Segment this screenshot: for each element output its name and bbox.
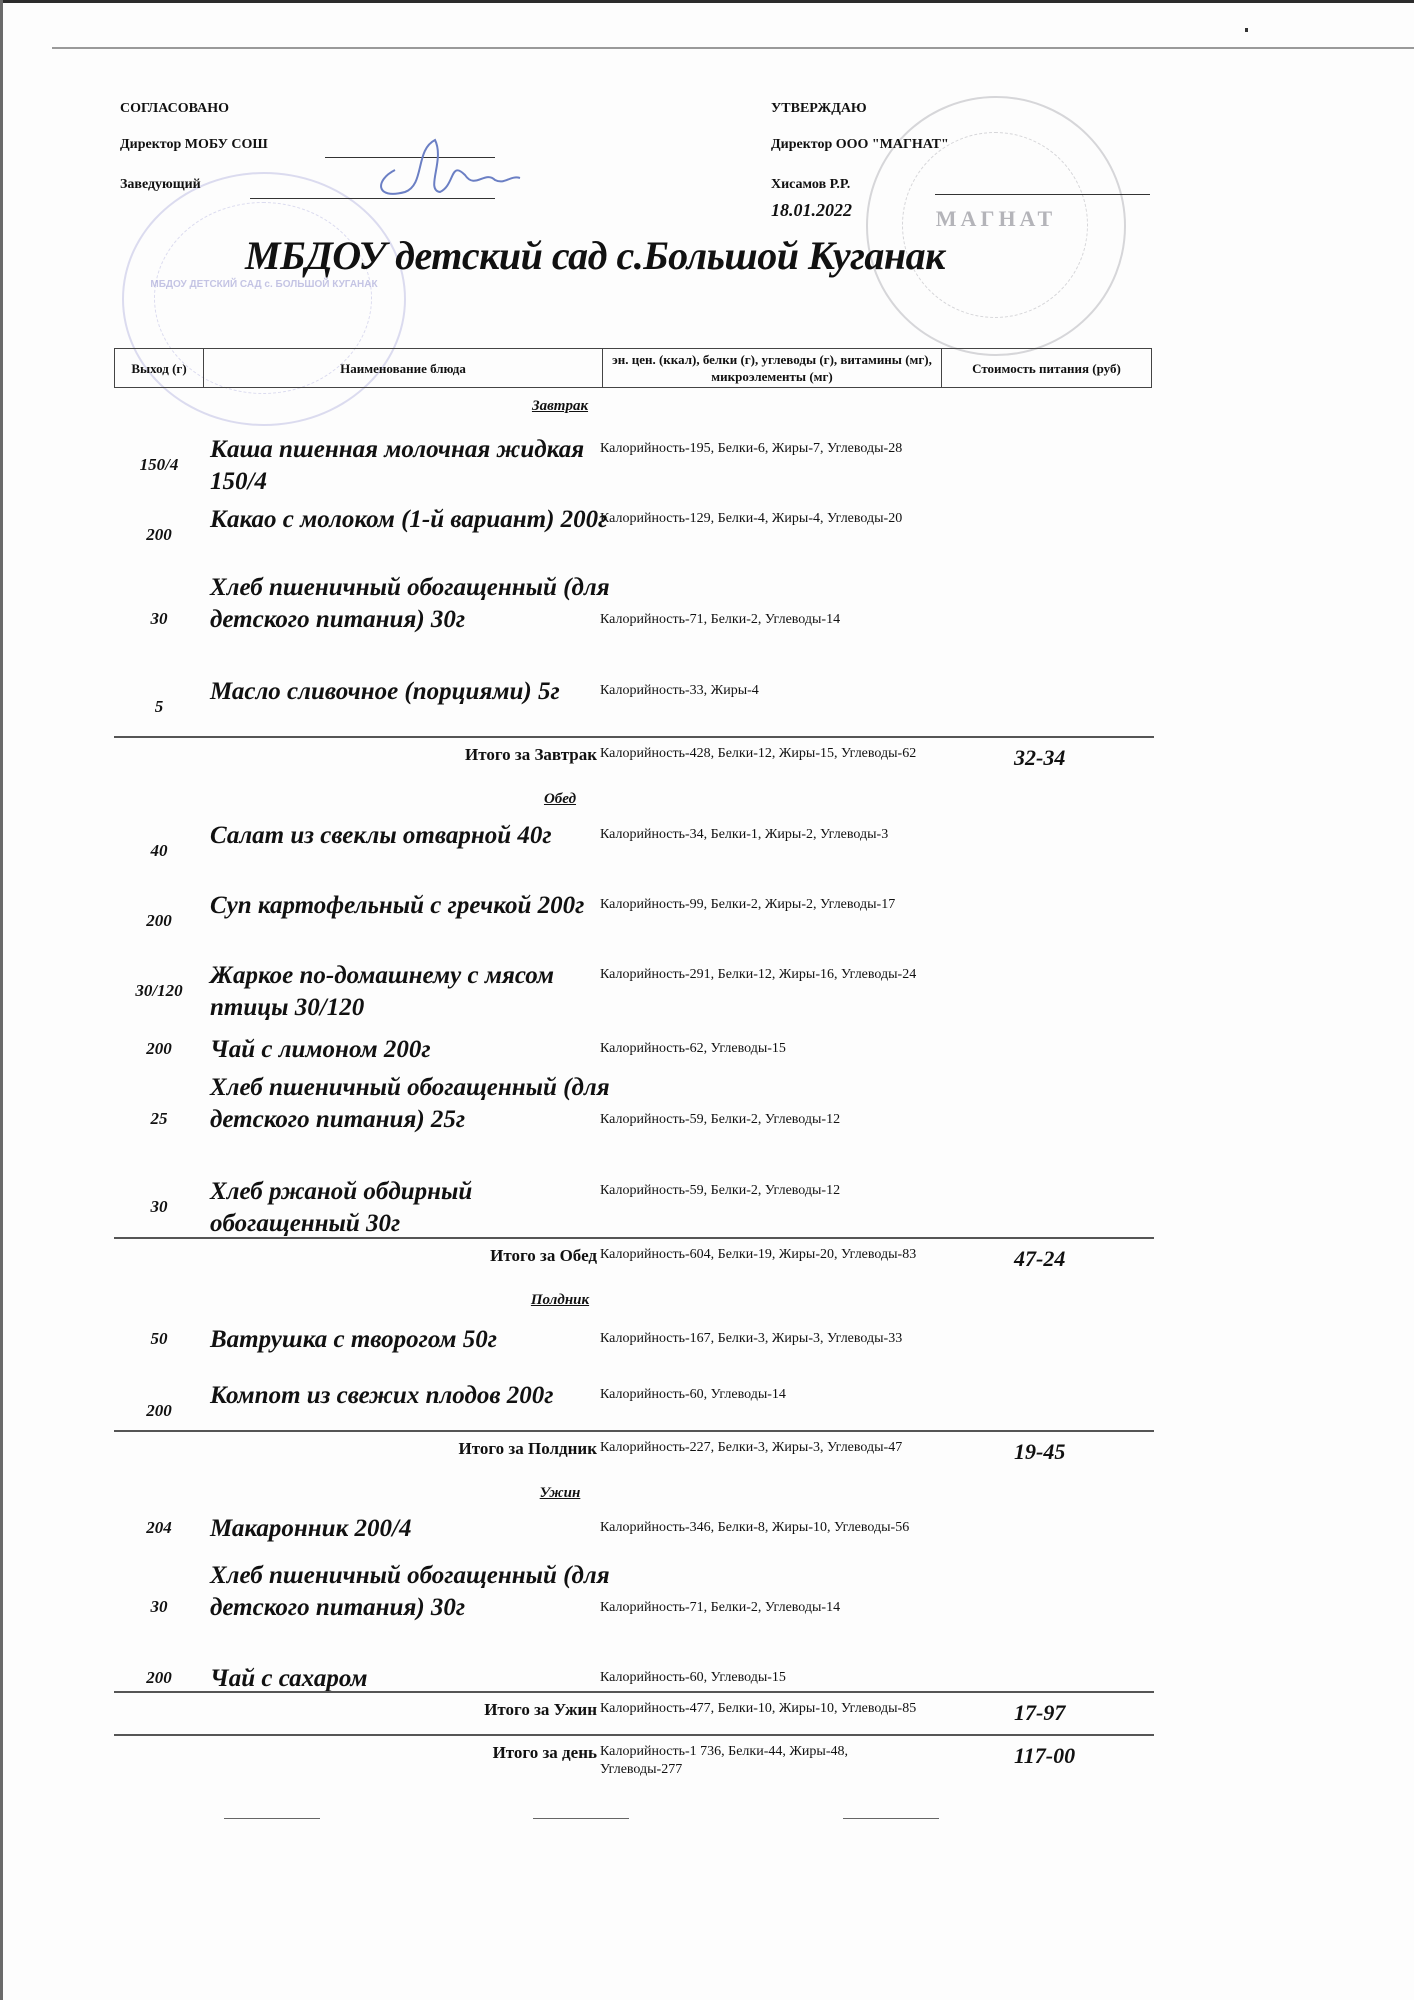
approval-left-line2: Заведующий (120, 177, 201, 193)
stamp-right-text: МАГНАТ (868, 206, 1124, 232)
section-divider (114, 1430, 1154, 1432)
signature-line (935, 194, 1150, 195)
approval-right-line1: Директор ООО "МАГНАТ" (771, 137, 949, 153)
section-total-label: Итого за Завтрак (297, 745, 597, 765)
menu-item-row: 30Хлеб пшеничный обогащенный (для детско… (114, 1560, 1152, 1656)
col-cost-header: Стоимость питания (руб) (942, 349, 1152, 388)
item-dish-name: Масло сливочное (порциями) 5г (210, 676, 610, 708)
footer-line (533, 1818, 629, 1819)
item-nutrition: Калорийность-60, Углеводы-15 (600, 1669, 920, 1687)
approval-right-heading: УТВЕРЖДАЮ (771, 101, 867, 117)
section-heading: Завтрак (460, 398, 660, 415)
menu-item-row: 200 Суп картофельный с гречкой 200гКалор… (114, 890, 1152, 954)
section-divider (114, 1237, 1154, 1239)
section-total-cost: 32-34 (1014, 745, 1134, 771)
item-nutrition: Калорийность-59, Белки-2, Углеводы-12 (600, 1111, 920, 1129)
item-dish-name: Хлеб пшеничный обогащенный (для детского… (210, 1072, 610, 1136)
col-nutrition-header: эн. цен. (ккал), белки (г), углеводы (г)… (603, 349, 942, 388)
scan-top-edge (0, 0, 1414, 3)
menu-item-row: 200Чай с лимоном 200гКалорийность-62, Уг… (114, 1034, 1152, 1066)
item-quantity: 30 (114, 609, 204, 629)
stamp-right: МАГНАТ (866, 96, 1126, 356)
menu-item-row: 25Хлеб пшеничный обогащенный (для детско… (114, 1072, 1152, 1168)
item-quantity: 200 (114, 1401, 204, 1421)
section-heading: Полдник (460, 1292, 660, 1309)
menu-item-row: 200Компот из свежих плодов 200гКалорийно… (114, 1380, 1152, 1444)
item-quantity: 30 (114, 1597, 204, 1617)
item-quantity: 200 (114, 525, 204, 545)
item-quantity: 40 (114, 841, 204, 861)
item-dish-name: Салат из свеклы отварной 40г (210, 820, 610, 852)
footer-line (843, 1818, 939, 1819)
day-total-row: Итого за деньКалорийность-1 736, Белки-4… (114, 1743, 1152, 1783)
signature-scribble (365, 130, 525, 205)
approval-date: 18.01.2022 (771, 200, 852, 221)
menu-item-row: 204Макаронник 200/4Калорийность-346, Бел… (114, 1513, 1152, 1545)
menu-item-row: 200Какао с молоком (1-й вариант) 200гКал… (114, 504, 1152, 568)
footer-line (224, 1818, 320, 1819)
section-total-label: Итого за Обед (297, 1246, 597, 1266)
item-quantity: 200 (114, 1039, 204, 1059)
day-total-nutrition: Калорийность-1 736, Белки-44, Жиры-48, У… (600, 1743, 920, 1779)
scan-speck (1245, 28, 1248, 32)
section-total-nutrition: Калорийность-477, Белки-10, Жиры-10, Угл… (600, 1700, 920, 1718)
item-dish-name: Ватрушка с творогом 50г (210, 1324, 610, 1356)
scan-left-edge (0, 0, 3, 2000)
menu-item-row: 5Масло сливочное (порциями) 5гКалорийнос… (114, 676, 1152, 740)
item-quantity: 150/4 (114, 455, 204, 475)
section-heading: Ужин (460, 1485, 660, 1502)
item-quantity: 50 (114, 1329, 204, 1349)
item-dish-name: Хлеб пшеничный обогащенный (для детского… (210, 1560, 610, 1624)
day-divider (114, 1734, 1154, 1736)
item-quantity: 30/120 (114, 981, 204, 1001)
section-divider (114, 1691, 1154, 1693)
approval-left-line1: Директор МОБУ СОШ (120, 137, 268, 153)
section-total-label: Итого за Ужин (297, 1700, 597, 1720)
document-title: МБДОУ детский сад с.Большой Куганак (245, 232, 945, 279)
approval-right-line2: Хисамов Р.Р. (771, 177, 850, 193)
day-total-cost: 117-00 (1014, 1743, 1134, 1769)
item-quantity: 30 (114, 1197, 204, 1217)
menu-table-header: Выход (г) Наименование блюда эн. цен. (к… (114, 348, 1152, 388)
section-total-cost: 17-97 (1014, 1700, 1134, 1726)
menu-item-row: 30Хлеб ржаной обдирный обогащенный 30гКа… (114, 1176, 1152, 1240)
section-total-nutrition: Калорийность-428, Белки-12, Жиры-15, Угл… (600, 745, 920, 763)
section-total-row: Итого за ОбедКалорийность-604, Белки-19,… (114, 1246, 1152, 1286)
item-quantity: 200 (114, 911, 204, 931)
section-total-cost: 47-24 (1014, 1246, 1134, 1272)
section-total-label: Итого за Полдник (297, 1439, 597, 1459)
section-total-nutrition: Калорийность-227, Белки-3, Жиры-3, Углев… (600, 1439, 920, 1457)
section-heading: Обед (460, 791, 660, 808)
section-total-cost: 19-45 (1014, 1439, 1134, 1465)
item-dish-name: Компот из свежих плодов 200г (210, 1380, 610, 1412)
item-dish-name: Хлеб пшеничный обогащенный (для детского… (210, 572, 610, 636)
menu-item-row: 50Ватрушка с творогом 50гКалорийность-16… (114, 1324, 1152, 1356)
item-nutrition: Калорийность-129, Белки-4, Жиры-4, Углев… (600, 510, 920, 528)
section-divider (114, 736, 1154, 738)
item-nutrition: Калорийность-34, Белки-1, Жиры-2, Углево… (600, 826, 920, 844)
item-nutrition: Калорийность-167, Белки-3, Жиры-3, Углев… (600, 1330, 920, 1348)
col-qty-header: Выход (г) (115, 349, 204, 388)
item-dish-name: Каша пшенная молочная жидкая 150/4 (210, 434, 610, 498)
item-quantity: 5 (114, 697, 204, 717)
item-dish-name: Хлеб ржаной обдирный обогащенный 30г (210, 1176, 610, 1240)
section-total-row: Итого за ПолдникКалорийность-227, Белки-… (114, 1439, 1152, 1479)
item-nutrition: Калорийность-60, Углеводы-14 (600, 1386, 920, 1404)
item-nutrition: Калорийность-62, Углеводы-15 (600, 1040, 920, 1058)
item-quantity: 25 (114, 1109, 204, 1129)
section-total-nutrition: Калорийность-604, Белки-19, Жиры-20, Угл… (600, 1246, 920, 1264)
item-dish-name: Макаронник 200/4 (210, 1513, 610, 1545)
item-quantity: 204 (114, 1518, 204, 1538)
item-nutrition: Калорийность-33, Жиры-4 (600, 682, 920, 700)
item-dish-name: Суп картофельный с гречкой 200г (210, 890, 610, 922)
top-rule (52, 47, 1414, 49)
item-quantity: 200 (114, 1668, 204, 1688)
item-nutrition: Калорийность-71, Белки-2, Углеводы-14 (600, 1599, 920, 1617)
item-nutrition: Калорийность-99, Белки-2, Жиры-2, Углево… (600, 896, 920, 914)
item-nutrition: Калорийность-195, Белки-6, Жиры-7, Углев… (600, 440, 920, 458)
stamp-left-text: МБДОУ ДЕТСКИЙ САД с. БОЛЬШОЙ КУГАНАК (124, 279, 404, 290)
menu-item-row: 30/120Жаркое по-домашнему с мясом птицы … (114, 960, 1152, 1024)
item-dish-name: Жаркое по-домашнему с мясом птицы 30/120 (210, 960, 610, 1024)
menu-item-row: 40Салат из свеклы отварной 40гКалорийнос… (114, 820, 1152, 884)
menu-item-row: 30Хлеб пшеничный обогащенный (для детско… (114, 572, 1152, 668)
approval-left-heading: СОГЛАСОВАНО (120, 101, 229, 117)
item-nutrition: Калорийность-346, Белки-8, Жиры-10, Угле… (600, 1519, 920, 1537)
item-dish-name: Чай с лимоном 200г (210, 1034, 610, 1066)
item-nutrition: Калорийность-71, Белки-2, Углеводы-14 (600, 611, 920, 629)
day-total-label: Итого за день (297, 1743, 597, 1763)
item-nutrition: Калорийность-59, Белки-2, Углеводы-12 (600, 1182, 920, 1200)
item-nutrition: Калорийность-291, Белки-12, Жиры-16, Угл… (600, 966, 920, 984)
col-name-header: Наименование блюда (204, 349, 603, 388)
menu-item-row: 150/4Каша пшенная молочная жидкая 150/4К… (114, 434, 1152, 498)
section-total-row: Итого за ЗавтракКалорийность-428, Белки-… (114, 745, 1152, 785)
item-dish-name: Какао с молоком (1-й вариант) 200г (210, 504, 610, 536)
